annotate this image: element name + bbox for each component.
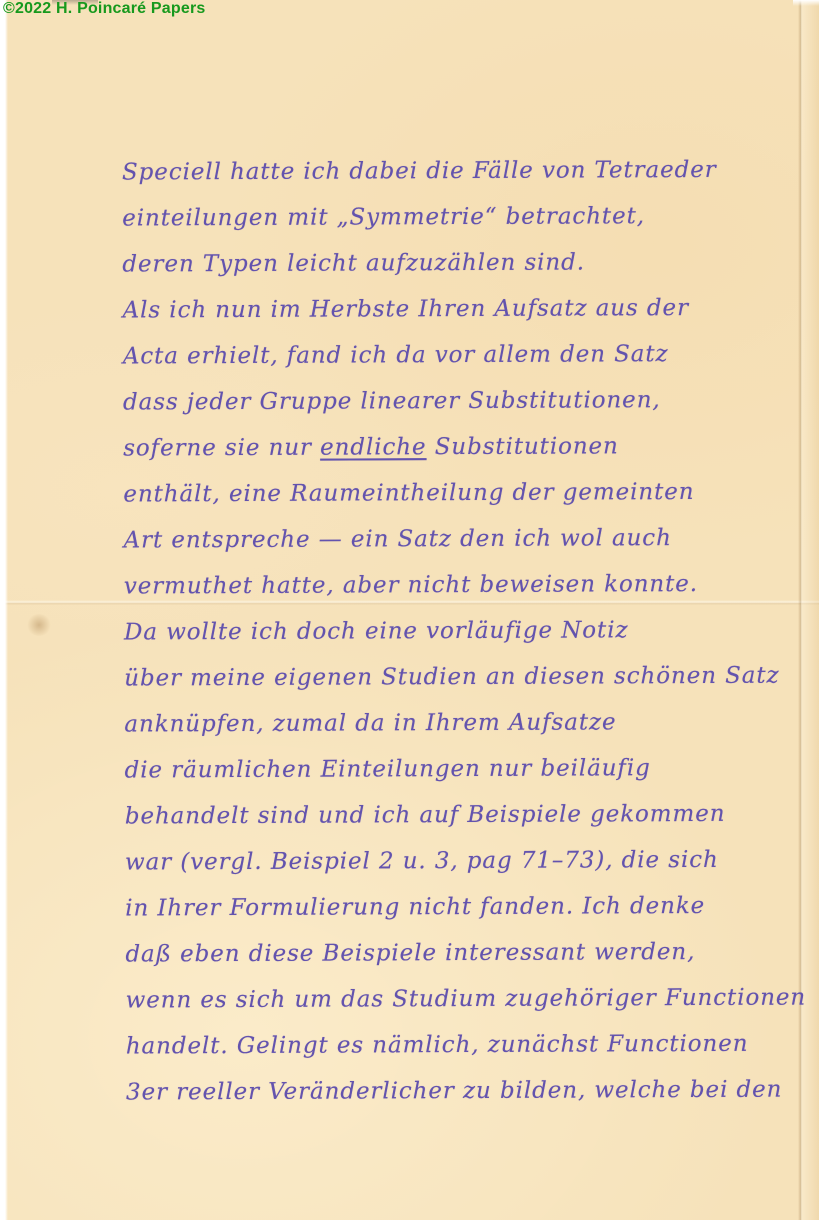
manuscript-line: enthält, eine Raumeintheilung der gemein… xyxy=(123,469,803,518)
line-segment: Da wollte ich doch eine vorläufige Notiz xyxy=(124,617,629,645)
manuscript-line: einteilungen mit „Symmetrie“ betrachtet, xyxy=(122,193,802,242)
manuscript-line: in Ihrer Formulierung nicht fanden. Ich … xyxy=(125,883,805,932)
letter-body: Speciell hatte ich dabei die Fälle von T… xyxy=(122,147,806,1116)
manuscript-line: Speciell hatte ich dabei die Fälle von T… xyxy=(122,147,802,196)
line-segment: einteilungen mit „Symmetrie“ betrachtet, xyxy=(122,203,645,231)
line-segment: die räumlichen Einteilungen nur beiläufi… xyxy=(125,755,651,783)
line-segment: Art entspreche — ein Satz den ich wol au… xyxy=(124,525,672,553)
manuscript-line: behandelt sind und ich auf Beispiele gek… xyxy=(125,791,805,840)
line-segment: dass jeder Gruppe linearer Substitutione… xyxy=(123,387,661,415)
line-segment: wenn es sich um das Studium zugehöriger … xyxy=(126,985,807,1014)
manuscript-line: soferne sie nur endliche Substitutionen xyxy=(123,423,803,472)
scan-edge xyxy=(0,0,8,1220)
copyright-watermark: ©2022 H. Poincaré Papers xyxy=(3,0,205,18)
line-segment: vermuthet hatte, aber nicht beweisen kon… xyxy=(124,571,698,600)
manuscript-line: über meine eigenen Studien an diesen sch… xyxy=(124,653,804,702)
line-segment: Speciell hatte ich dabei die Fälle von T… xyxy=(122,157,717,186)
manuscript-line: Art entspreche — ein Satz den ich wol au… xyxy=(124,515,804,564)
manuscript-line: war (vergl. Beispiel 2 u. 3, pag 71–73),… xyxy=(125,837,805,886)
scan-corner-notch xyxy=(793,0,819,6)
line-segment: soferne sie nur xyxy=(123,435,320,462)
manuscript-line: daß eben diese Beispiele interessant wer… xyxy=(125,929,805,978)
line-segment: deren Typen leicht aufzuzählen sind. xyxy=(122,249,585,277)
line-segment: über meine eigenen Studien an diesen sch… xyxy=(124,663,779,692)
manuscript-line: Da wollte ich doch eine vorläufige Notiz xyxy=(124,607,804,656)
line-segment: in Ihrer Formulierung nicht fanden. Ich … xyxy=(125,893,705,922)
manuscript-line: Als ich nun im Herbste Ihren Aufsatz aus… xyxy=(122,285,802,334)
manuscript-line: dass jeder Gruppe linearer Substitutione… xyxy=(123,377,803,426)
manuscript-line: Acta erhielt, fand ich da vor allem den … xyxy=(123,331,803,380)
line-segment: 3er reeller Veränderlicher zu bilden, we… xyxy=(126,1077,782,1106)
manuscript-line: deren Typen leicht aufzuzählen sind. xyxy=(122,239,802,288)
line-segment: war (vergl. Beispiel 2 u. 3, pag 71–73),… xyxy=(125,847,719,876)
line-segment: handelt. Gelingt es nämlich, zunächst Fu… xyxy=(126,1031,749,1060)
manuscript-line: vermuthet hatte, aber nicht beweisen kon… xyxy=(124,561,804,610)
line-segment: enthält, eine Raumeintheilung der gemein… xyxy=(123,479,694,507)
line-segment: Substitutionen xyxy=(426,433,618,460)
paper-stain xyxy=(26,614,52,636)
manuscript-paper: ©2022 H. Poincaré Papers Speciell hatte … xyxy=(0,0,819,1220)
line-segment: behandelt sind und ich auf Beispiele gek… xyxy=(125,801,726,830)
line-segment: Als ich nun im Herbste Ihren Aufsatz aus… xyxy=(123,295,689,323)
manuscript-line: 3er reeller Veränderlicher zu bilden, we… xyxy=(126,1067,806,1116)
underlined-word: endliche xyxy=(320,434,426,460)
manuscript-line: die räumlichen Einteilungen nur beiläufi… xyxy=(125,745,805,794)
line-segment: Acta erhielt, fand ich da vor allem den … xyxy=(123,341,669,369)
line-segment: anknüpfen, zumal da in Ihrem Aufsatze xyxy=(124,709,616,737)
manuscript-line: handelt. Gelingt es nämlich, zunächst Fu… xyxy=(126,1021,806,1070)
line-segment: daß eben diese Beispiele interessant wer… xyxy=(125,939,695,967)
manuscript-line: anknüpfen, zumal da in Ihrem Aufsatze xyxy=(124,699,804,748)
manuscript-line: wenn es sich um das Studium zugehöriger … xyxy=(126,975,806,1024)
